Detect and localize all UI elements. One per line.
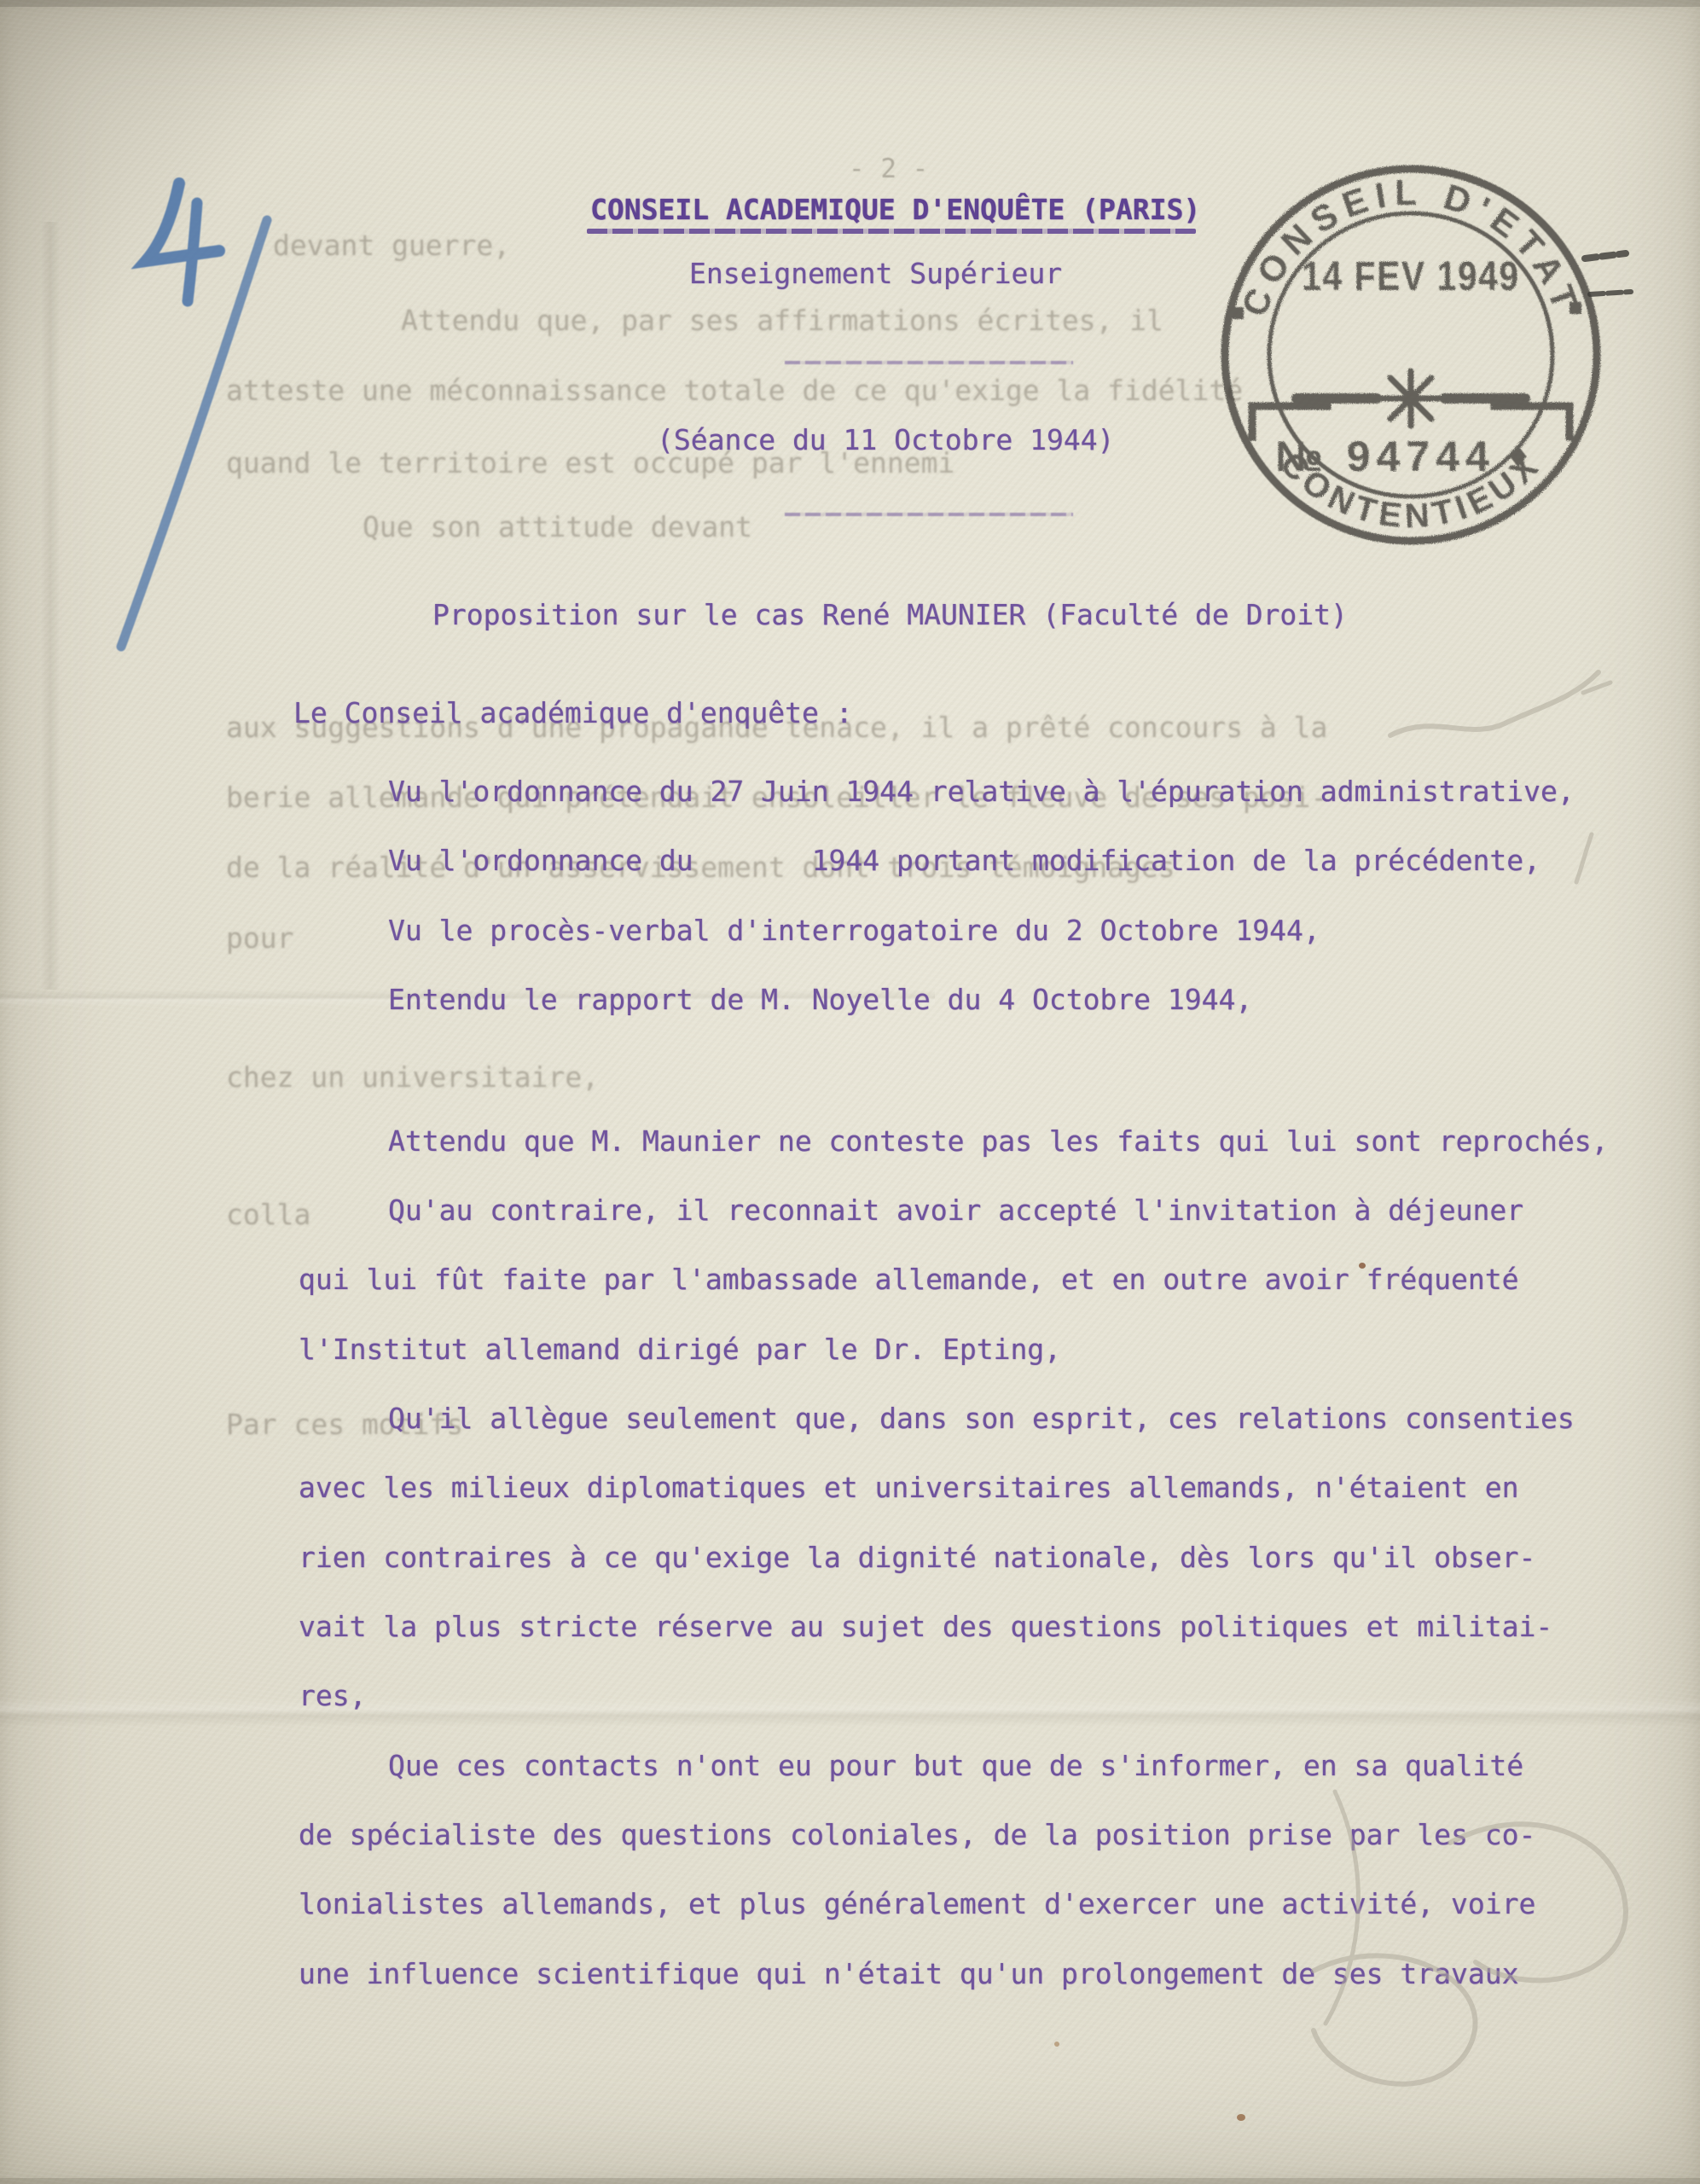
ink-dashes	[1585, 253, 1631, 294]
pencil-scribbles	[1314, 672, 1626, 2084]
handwritten-page-number	[121, 183, 267, 647]
document-page: - 2 - devant guerre,Attendu que, par ses…	[0, 0, 1700, 2184]
paper-speck	[1359, 1263, 1366, 1269]
paper-speck	[1054, 2042, 1059, 2047]
pencil-marks-layer	[0, 0, 1700, 2184]
paper-speck	[1237, 2114, 1245, 2121]
